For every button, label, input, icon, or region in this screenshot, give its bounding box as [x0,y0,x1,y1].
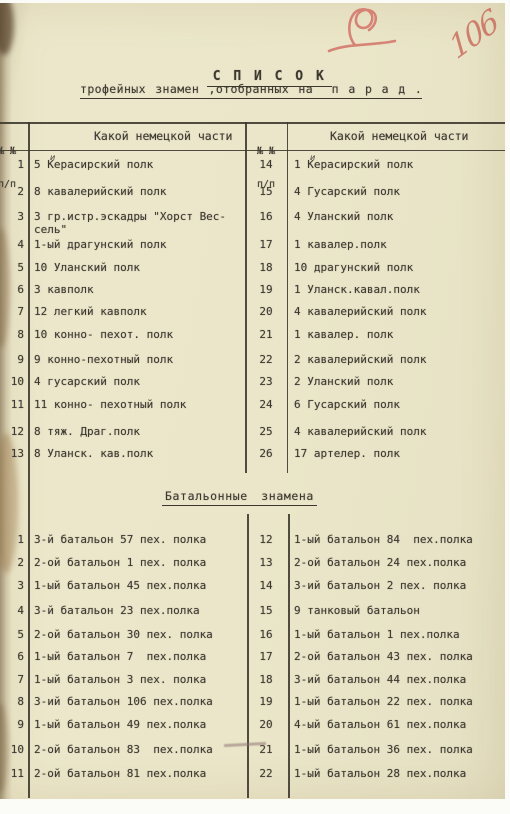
table-vertical-rule-left [28,122,30,798]
row-unit-left: 2-ой батальон 1 пех. полка [34,556,206,569]
row-number-right: 20 [246,305,286,318]
row-number-left: 10 [0,743,24,756]
row-number-right: 17 [246,650,286,663]
row-unit-left: 1-ый батальон 3 пех. полка [34,673,206,686]
row-unit-right: 4 Уланский полк [294,210,393,223]
row-number-left: 12 [0,425,24,438]
row-number-left: 9 [0,718,24,731]
row-number-right: 21 [246,328,286,341]
row-unit-left: 1-ый батальон 49 пех.полка [34,718,206,731]
row-number-left: 5 [0,628,24,641]
battalion-table-center-rule-2 [288,514,290,798]
row-unit-right: 1-ый батальон 84 пех.полка [294,533,473,546]
row-unit-right: 3-ий батальон 44 пех.полка [294,673,466,686]
row-number-left: 6 [0,283,24,296]
row-unit-left: 3-й батальон 23 пех.полка [34,604,200,617]
document-subtitle: трофейных знамен ,отобранных на п а р а … [80,82,422,99]
row-unit-left: 8 тяж. Драг.полк [34,425,140,438]
row-number-right: 24 [246,398,286,411]
row-unit-right: 6 Гусарский полк [294,398,400,411]
row-number-right: 15 [246,604,286,617]
regiment-table-center-rule-2 [287,122,289,473]
row-unit-right: 1-ый батальон 36 пех. полка [294,743,473,756]
row-unit-right: 1-ый батальон 28 пех.полка [294,767,466,780]
row-unit-left-cont: сель" [34,223,67,236]
row-unit-left: 3-й батальон 57 пех. полка [34,533,206,546]
row-unit-left: 2-ой батальон 83 пех.полка [34,743,213,756]
row-number-left: 7 [0,673,24,686]
row-unit-right: 10 драгунский полк [294,261,413,274]
row-number-left: 3 [0,210,24,223]
row-unit-right: 1-ый батальон 1 пех.полка [294,628,460,641]
row-unit-right: 4 кавалерийский полк [294,425,426,438]
row-number-right: 23 [246,375,286,388]
row-number-right: 13 [246,556,286,569]
battalion-section-title: Батальонные знамена [162,489,317,506]
paper: 106 С П И С О К трофейных знамен ,отобра… [0,3,505,799]
row-number-left: 13 [0,447,24,460]
row-unit-right: 4 Гусарский полк [294,185,400,198]
row-number-left: 4 [0,238,24,251]
row-number-right: 20 [246,718,286,731]
row-unit-right: 3-ий батальон 2 пех. полка [294,579,466,592]
row-unit-left: 11 конно- пехотный полк [34,398,186,411]
row-number-left: 7 [0,305,24,318]
row-number-right: 18 [246,673,286,686]
row-unit-left: 2-ой батальон 30 пех. полка [34,628,213,641]
row-number-left: 5 [0,261,24,274]
row-unit-left: 1-ый батальон 7 пех.полка [34,650,206,663]
row-unit-left: 10 Уланский полк [34,261,140,274]
row-number-right: 16 [246,210,286,223]
column-header-unit-left: Какой немецкой части [94,129,232,143]
row-unit-left: 3 гр.истр.эскадры "Хорст Вес- [34,210,226,223]
row-unit-right: 1-ый батальон 22 пех. полка [294,695,473,708]
row-unit-left: 3 кавполк [34,283,94,296]
row-number-left: 6 [0,650,24,663]
row-unit-right: 4-ый батальон 61 пех.полка [294,718,466,731]
row-unit-left: 3-ий батальон 106 пех.полка [34,695,213,708]
row-unit-right: 1 кавалер. полк [294,328,393,341]
red-pencil-flourish-icon [322,5,412,57]
row-unit-right: 2 Уланский полк [294,375,393,388]
row-number-left: 9 [0,353,24,366]
row-number-left: 11 [0,767,24,780]
row-unit-right: 2-ой батальон 43 пех. полка [294,650,473,663]
row-number-right: 16 [246,628,286,641]
row-number-left: 8 [0,328,24,341]
row-unit-right: 9 танковый батальон [294,604,420,617]
row-number-left: 2 [0,185,24,198]
row-number-left: 11 [0,398,24,411]
row-number-right: 19 [246,695,286,708]
row-number-right: 15 [246,185,286,198]
row-number-right: 26 [246,447,286,460]
row-number-right: 12 [246,533,286,546]
row-unit-right: 4 кавалерийский полк [294,305,426,318]
row-number-left: 4 [0,604,24,617]
row-unit-left: 1-ый драгунский полк [34,238,166,251]
row-number-right: 19 [246,283,286,296]
row-number-right: 22 [246,353,286,366]
row-unit-right: 1 кавалер.полк [294,238,387,251]
row-number-right: 14 [246,158,286,171]
row-number-right: 17 [246,238,286,251]
row-number-right: 14 [246,579,286,592]
row-number-left: 1 [0,158,24,171]
row-number-left: 2 [0,556,24,569]
row-unit-right: 17 артелер. полк [294,447,400,460]
row-unit-left: 2-ой батальон 81 пех.полка [34,767,206,780]
row-number-right: 18 [246,261,286,274]
row-unit-left: 9 конно-пехотный полк [34,353,173,366]
row-unit-right: 1 Уланск.кавал.полк [294,283,420,296]
row-unit-left: 8 кавалерийский полк [34,185,166,198]
row-number-left: 3 [0,579,24,592]
row-number-left: 8 [0,695,24,708]
row-unit-left: 4 гусарский полк [34,375,140,388]
row-unit-left: 1-ый батальон 45 пех.полка [34,579,206,592]
document-scan: 106 С П И С О К трофейных знамен ,отобра… [0,0,510,814]
row-unit-left: 12 легкий кавполк [34,305,147,318]
handwritten-correction-mark: и [50,151,55,164]
row-unit-right: 2 кавалерийский полк [294,353,426,366]
row-number-left: 1 [0,533,24,546]
row-number-right: 22 [246,767,286,780]
row-number-left: 10 [0,375,24,388]
row-unit-left: 10 конно- пехот. полк [34,328,173,341]
row-unit-left: 8 Уланск. кав.полк [34,447,153,460]
row-unit-right: 2-ой батальон 24 пех.полка [294,556,466,569]
column-header-unit-right: Какой немецкой части [330,129,468,143]
row-number-right: 25 [246,425,286,438]
handwritten-correction-mark: и [310,151,315,164]
